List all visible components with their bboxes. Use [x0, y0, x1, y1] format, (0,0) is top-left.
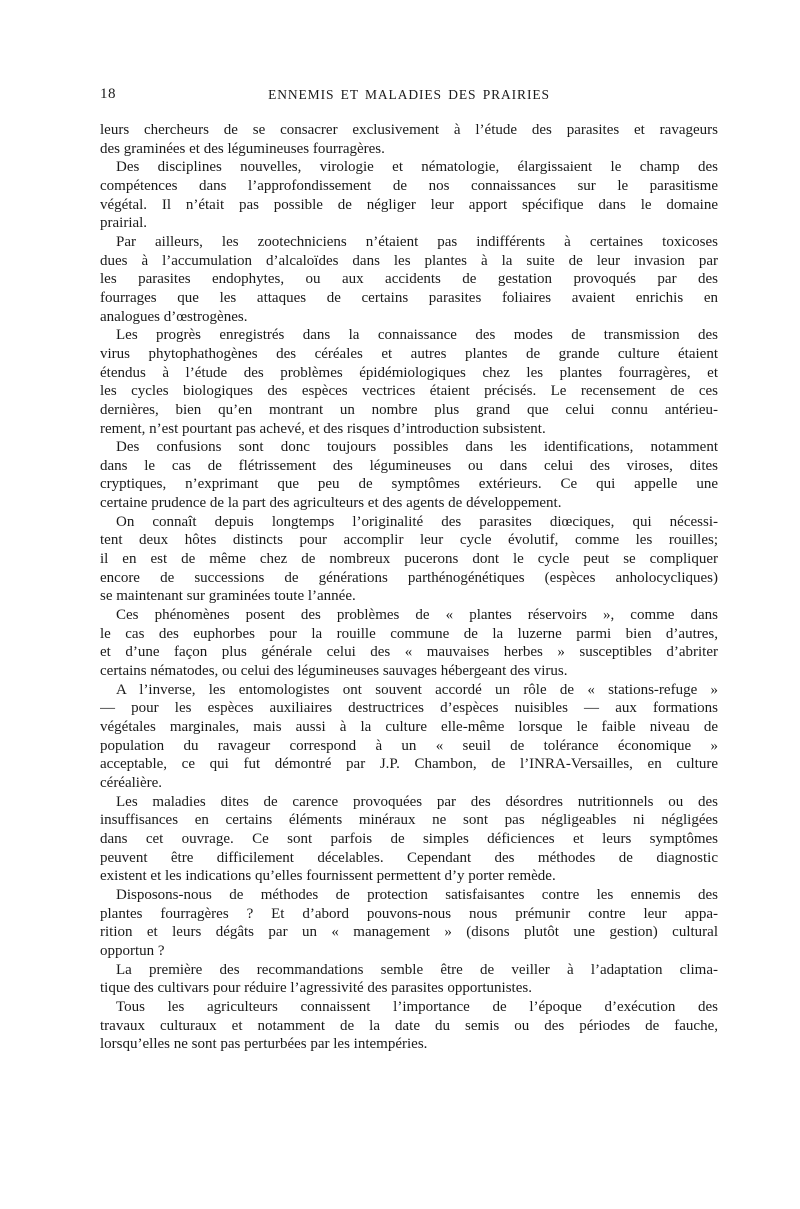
- text-line: La première des recommandations semble ê…: [100, 961, 718, 980]
- text-line: A l’inverse, les entomologistes ont souv…: [100, 681, 718, 700]
- text-line: Les progrès enregistrés dans la connaiss…: [100, 326, 718, 345]
- page-body: leurs chercheurs de se consacrer exclusi…: [100, 121, 718, 1054]
- paragraph: leurs chercheurs de se consacrer exclusi…: [100, 121, 718, 158]
- text-line: — pour les espèces auxiliaires destructr…: [100, 699, 718, 718]
- text-line: les cycles biologiques des espèces vectr…: [100, 382, 718, 401]
- text-line: céréalière.: [100, 774, 718, 793]
- text-line: des graminées et des légumineuses fourra…: [100, 140, 718, 159]
- text-line: analogues d’œstrogènes.: [100, 308, 718, 327]
- text-line: Tous les agriculteurs connaissent l’impo…: [100, 998, 718, 1017]
- text-line: il en est de même chez de nombreux pucer…: [100, 550, 718, 569]
- text-line: Des confusions sont donc toujours possib…: [100, 438, 718, 457]
- text-line: tique des cultivars pour réduire l’agres…: [100, 979, 718, 998]
- text-line: virus phytophathogènes des céréales et a…: [100, 345, 718, 364]
- paragraph: Disposons-nous de méthodes de protection…: [100, 886, 718, 961]
- text-line: rition et leurs dégâts par un « manageme…: [100, 923, 718, 942]
- text-line: Les maladies dites de carence provoquées…: [100, 793, 718, 812]
- paragraph: Par ailleurs, les zootechniciens n’étaie…: [100, 233, 718, 326]
- text-line: travaux culturaux et notamment de la dat…: [100, 1017, 718, 1036]
- text-line: et d’une façon plus générale celui des «…: [100, 643, 718, 662]
- text-line: plantes fourragères ? Et d’abord pouvons…: [100, 905, 718, 924]
- paragraph: Ces phénomènes posent des problèmes de «…: [100, 606, 718, 681]
- paragraph: On connaît depuis longtemps l’originalit…: [100, 513, 718, 606]
- text-line: existent et les indications qu’elles fou…: [100, 867, 718, 886]
- book-page: 18 ENNEMIS ET MALADIES DES PRAIRIES leur…: [0, 0, 800, 1209]
- text-line: dans cet ouvrage. Ce sont parfois de sim…: [100, 830, 718, 849]
- text-line: fourrages que les attaques de certains p…: [100, 289, 718, 308]
- text-line: dues à l’accumulation d’alcaloïdes dans …: [100, 252, 718, 271]
- text-line: certains nématodes, ou celui des légumin…: [100, 662, 718, 681]
- paragraph: Les maladies dites de carence provoquées…: [100, 793, 718, 886]
- text-line: tent deux hôtes distincts pour accomplir…: [100, 531, 718, 550]
- text-line: cryptiques, n’exprimant que peu de sympt…: [100, 475, 718, 494]
- text-line: dernières, bien qu’en montrant un nombre…: [100, 401, 718, 420]
- text-line: dans le cas de flétrissement des légumin…: [100, 457, 718, 476]
- text-line: végétal. Il n’était pas possible de négl…: [100, 196, 718, 215]
- paragraph: Des confusions sont donc toujours possib…: [100, 438, 718, 513]
- text-line: certaine prudence de la part des agricul…: [100, 494, 718, 513]
- paragraph: Des disciplines nouvelles, virologie et …: [100, 158, 718, 233]
- text-line: étendus à l’étude des problèmes épidémio…: [100, 364, 718, 383]
- page-header: 18 ENNEMIS ET MALADIES DES PRAIRIES: [100, 86, 718, 104]
- text-line: prairial.: [100, 214, 718, 233]
- text-line: opportun ?: [100, 942, 718, 961]
- text-line: leurs chercheurs de se consacrer exclusi…: [100, 121, 718, 140]
- text-line: acceptable, ce qui fut démontré par J.P.…: [100, 755, 718, 774]
- text-line: Des disciplines nouvelles, virologie et …: [100, 158, 718, 177]
- running-title: ENNEMIS ET MALADIES DES PRAIRIES: [100, 87, 718, 103]
- text-line: se maintenant sur graminées toute l’anné…: [100, 587, 718, 606]
- text-line: végétales marginales, mais aussi à la cu…: [100, 718, 718, 737]
- text-line: population du ravageur correspond à un «…: [100, 737, 718, 756]
- text-line: le cas des euphorbes pour la rouille com…: [100, 625, 718, 644]
- text-line: peuvent être difficilement décelables. C…: [100, 849, 718, 868]
- text-line: lorsqu’elles ne sont pas perturbées par …: [100, 1035, 718, 1054]
- paragraph: A l’inverse, les entomologistes ont souv…: [100, 681, 718, 793]
- text-line: Ces phénomènes posent des problèmes de «…: [100, 606, 718, 625]
- text-line: On connaît depuis longtemps l’originalit…: [100, 513, 718, 532]
- text-line: les parasites endophytes, ou aux acciden…: [100, 270, 718, 289]
- text-line: compétences dans l’approfondissement de …: [100, 177, 718, 196]
- paragraph: Les progrès enregistrés dans la connaiss…: [100, 326, 718, 438]
- text-line: insuffisances en certains éléments minér…: [100, 811, 718, 830]
- text-line: rement, n’est pourtant pas achevé, et de…: [100, 420, 718, 439]
- text-line: Disposons-nous de méthodes de protection…: [100, 886, 718, 905]
- paragraph: La première des recommandations semble ê…: [100, 961, 718, 998]
- text-line: Par ailleurs, les zootechniciens n’étaie…: [100, 233, 718, 252]
- paragraph: Tous les agriculteurs connaissent l’impo…: [100, 998, 718, 1054]
- text-line: encore de successions de générations par…: [100, 569, 718, 588]
